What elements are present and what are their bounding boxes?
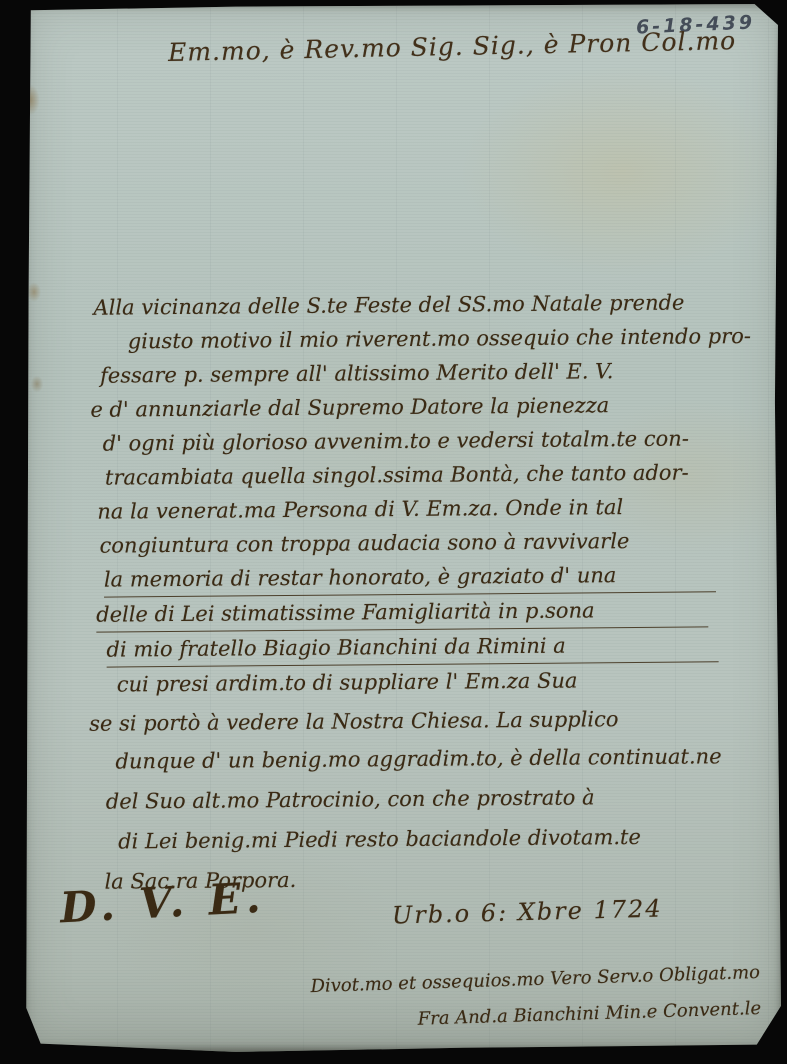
letter-line-underlined: la memoria di restar honorato, è graziat… [104, 557, 716, 597]
letter-body: Alla vicinanza delle S.te Feste del SS.m… [85, 285, 722, 898]
letter-line-underlined: di mio fratello Biagio Bianchini da Rimi… [106, 627, 718, 667]
letter-line: del Suo alt.mo Patrocinio, con che prost… [106, 779, 722, 818]
letter-line: tracambiata quella singol.ssima Bontà, c… [105, 455, 719, 494]
manuscript-photo: { "letter": { "archival_number": "6-18-4… [0, 0, 787, 1064]
letter-line: e d' annunziarle dal Supremo Datore la p… [90, 387, 718, 426]
letter-line: di Lei benig.mi Piedi resto baciandole d… [118, 819, 722, 858]
letter-line: se si portò à vedere la Nostra Chiesa. L… [89, 701, 721, 741]
signature-block: Divot.mo et ossequios.mo Vero Serv.o Obl… [310, 955, 762, 1041]
letter-line: na la venerat.ma Persona di V. Em.za. On… [97, 489, 719, 528]
letter-line-underlined: delle di Lei stimatissime Famigliarità i… [96, 592, 708, 632]
letter-line: cui presi ardim.to di suppliare l' Em.za… [117, 662, 721, 701]
letter-line: fessare p. sempre all' altissimo Merito … [100, 353, 718, 392]
letter-line: giusto motivo il mio riverent.mo ossequi… [128, 319, 718, 358]
letter-line: dunque d' un benig.mo aggradim.to, è del… [115, 739, 721, 778]
letter-line: Alla vicinanza delle S.te Feste del SS.m… [93, 285, 717, 324]
letter-line: congiuntura con troppa audacia sono à ra… [99, 523, 719, 562]
letter-line: d' ogni più glorioso avvenim.to e veders… [103, 421, 719, 460]
